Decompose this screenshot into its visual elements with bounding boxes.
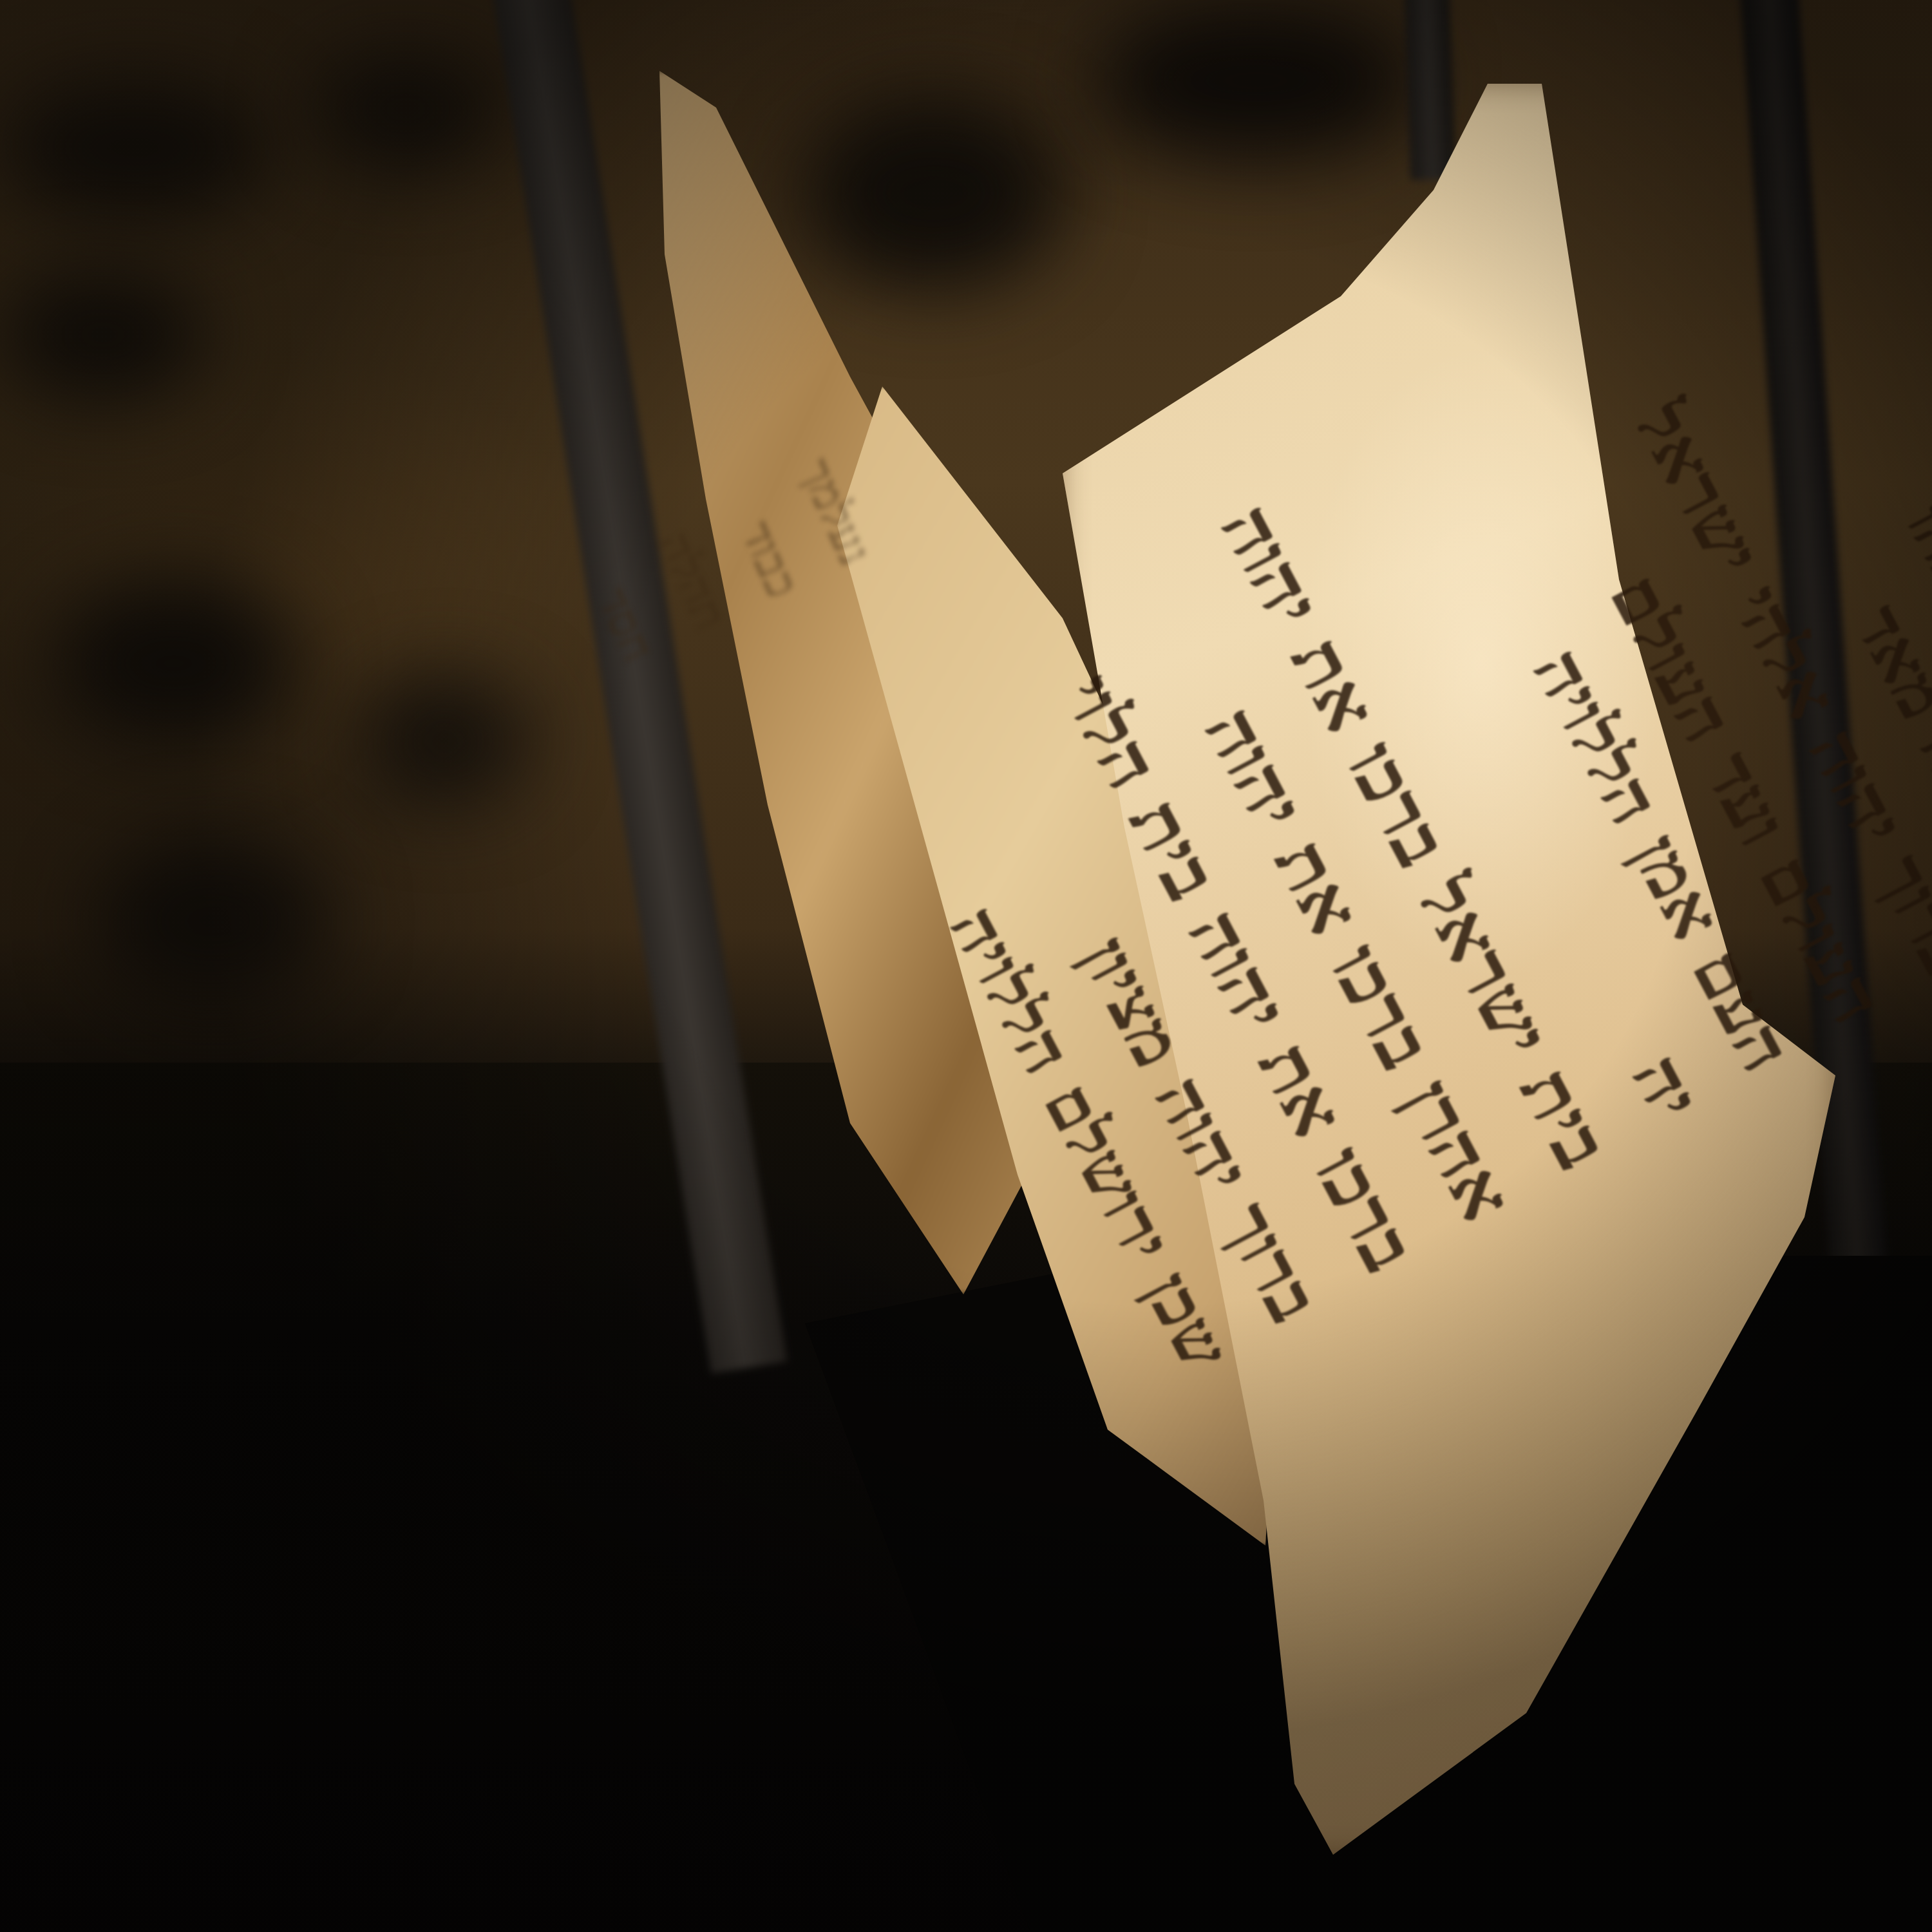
photo-scene: נעלמך כבוד תהלה חסד מהר בקדשי ארץ ותהו ו… <box>0 0 1932 1932</box>
background-blur-patch <box>52 580 296 747</box>
background-blur-patch <box>805 97 1063 290</box>
left-page-line: כבוד <box>716 483 810 605</box>
right-page-line: יה <box>1616 1041 1718 1133</box>
left-page-line: תהלה <box>643 515 737 638</box>
background-blur-patch <box>361 676 528 805</box>
background-blur-patch <box>0 270 206 399</box>
left-page-line: חסד <box>571 547 665 670</box>
background-blur-patch <box>97 837 328 1005</box>
stand-frame-inner <box>1404 0 1455 180</box>
background-blur-patch <box>0 77 270 219</box>
background-blur-patch <box>1095 0 1417 161</box>
background-blur-patch <box>309 52 502 167</box>
